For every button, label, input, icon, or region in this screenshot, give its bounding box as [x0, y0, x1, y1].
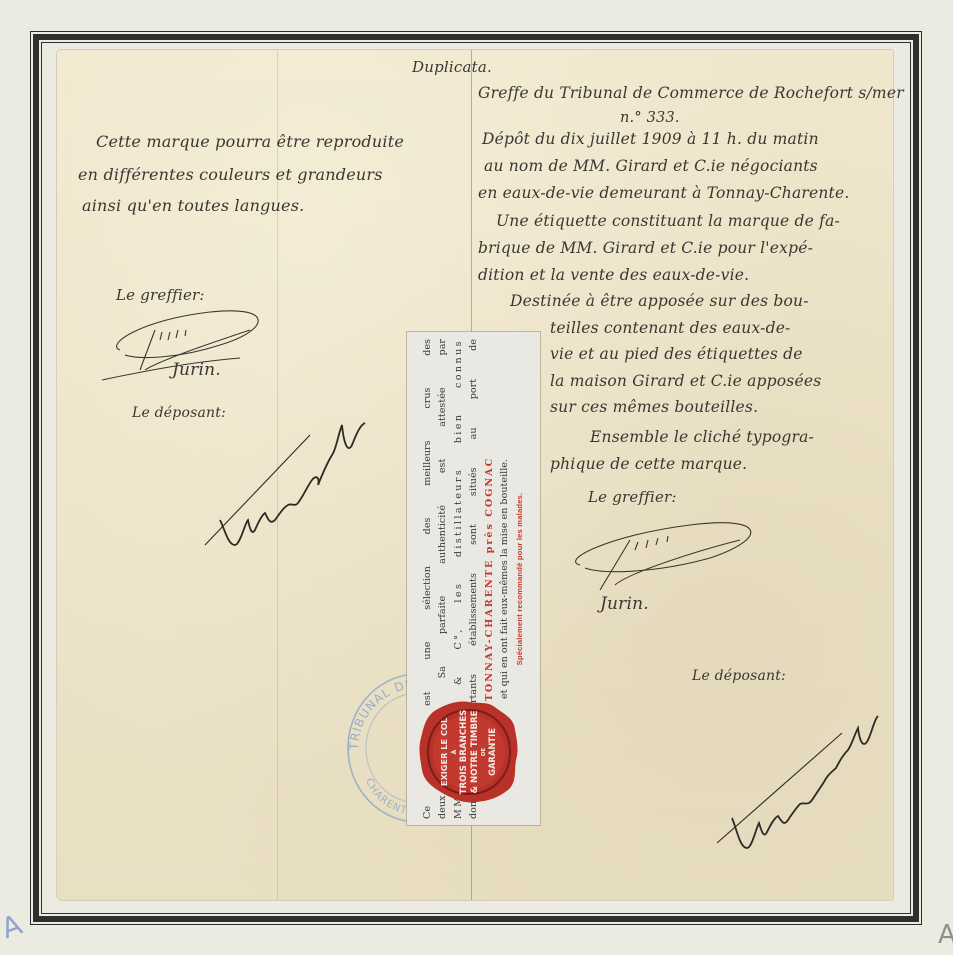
right-deposant-label: Le déposant: [692, 668, 786, 684]
right-line: en eaux-de-vie demeurant à Tonnay-Charen… [478, 180, 849, 208]
right-line: sur ces mêmes bouteilles. [550, 394, 758, 422]
right-line: teilles contenant des eaux-de- [550, 315, 791, 343]
left-line: ainsi qu'en toutes langues. [82, 192, 304, 220]
right-line: au nom de MM. Girard et C.ie négociants [484, 153, 818, 181]
seal-line-3: TROIS BRANCHES [459, 710, 469, 795]
right-greffier-flourish [560, 510, 765, 605]
right-line: Destinée à être apposée sur des bou- [510, 288, 809, 316]
seal-line-1: EXIGER LE COL [439, 718, 449, 786]
right-line: Une étiquette constituant la marque de f… [496, 208, 840, 236]
right-line: brique de MM. Girard et C.ie pour l'expé… [478, 235, 813, 263]
right-line: Ensemble le cliché typogra- [590, 424, 814, 452]
right-greffier-name: Jurin. [600, 594, 649, 614]
right-greffier-label: Le greffier: [588, 488, 677, 506]
wax-seal: EXIGER LE COL À TROIS BRANCHES & NOTRE T… [418, 700, 520, 804]
right-line: la maison Girard et C.ie apposées [550, 368, 821, 396]
court-heading: Greffe du Tribunal de Commerce de Rochef… [478, 84, 904, 102]
right-line: dition et la vente des eaux-de-vie. [478, 262, 749, 290]
right-line: phique de cette marque. [550, 451, 747, 479]
left-line: Cette marque pourra être reproduite [96, 128, 404, 156]
left-greffier-flourish [100, 300, 275, 395]
left-margin-mark: A [0, 908, 26, 946]
left-greffier-name: Jurin. [172, 360, 221, 380]
duplicata-heading: Duplicata. [412, 58, 492, 76]
left-deposant-signature [200, 395, 375, 555]
deposit-number: n.° 333. [620, 110, 680, 126]
seal-line-2: À [451, 749, 458, 754]
seal-line-6: GARANTIE [487, 728, 497, 776]
right-deposant-signature [712, 708, 887, 858]
right-line: vie et au pied des étiquettes de [550, 341, 803, 369]
left-line: en différentes couleurs et grandeurs [78, 161, 383, 189]
right-line: Dépôt du dix juillet 1909 à 11 h. du mat… [482, 126, 819, 154]
seal-line-4: & NOTRE TIMBRE [470, 710, 480, 793]
right-margin-mark: A [938, 920, 953, 950]
